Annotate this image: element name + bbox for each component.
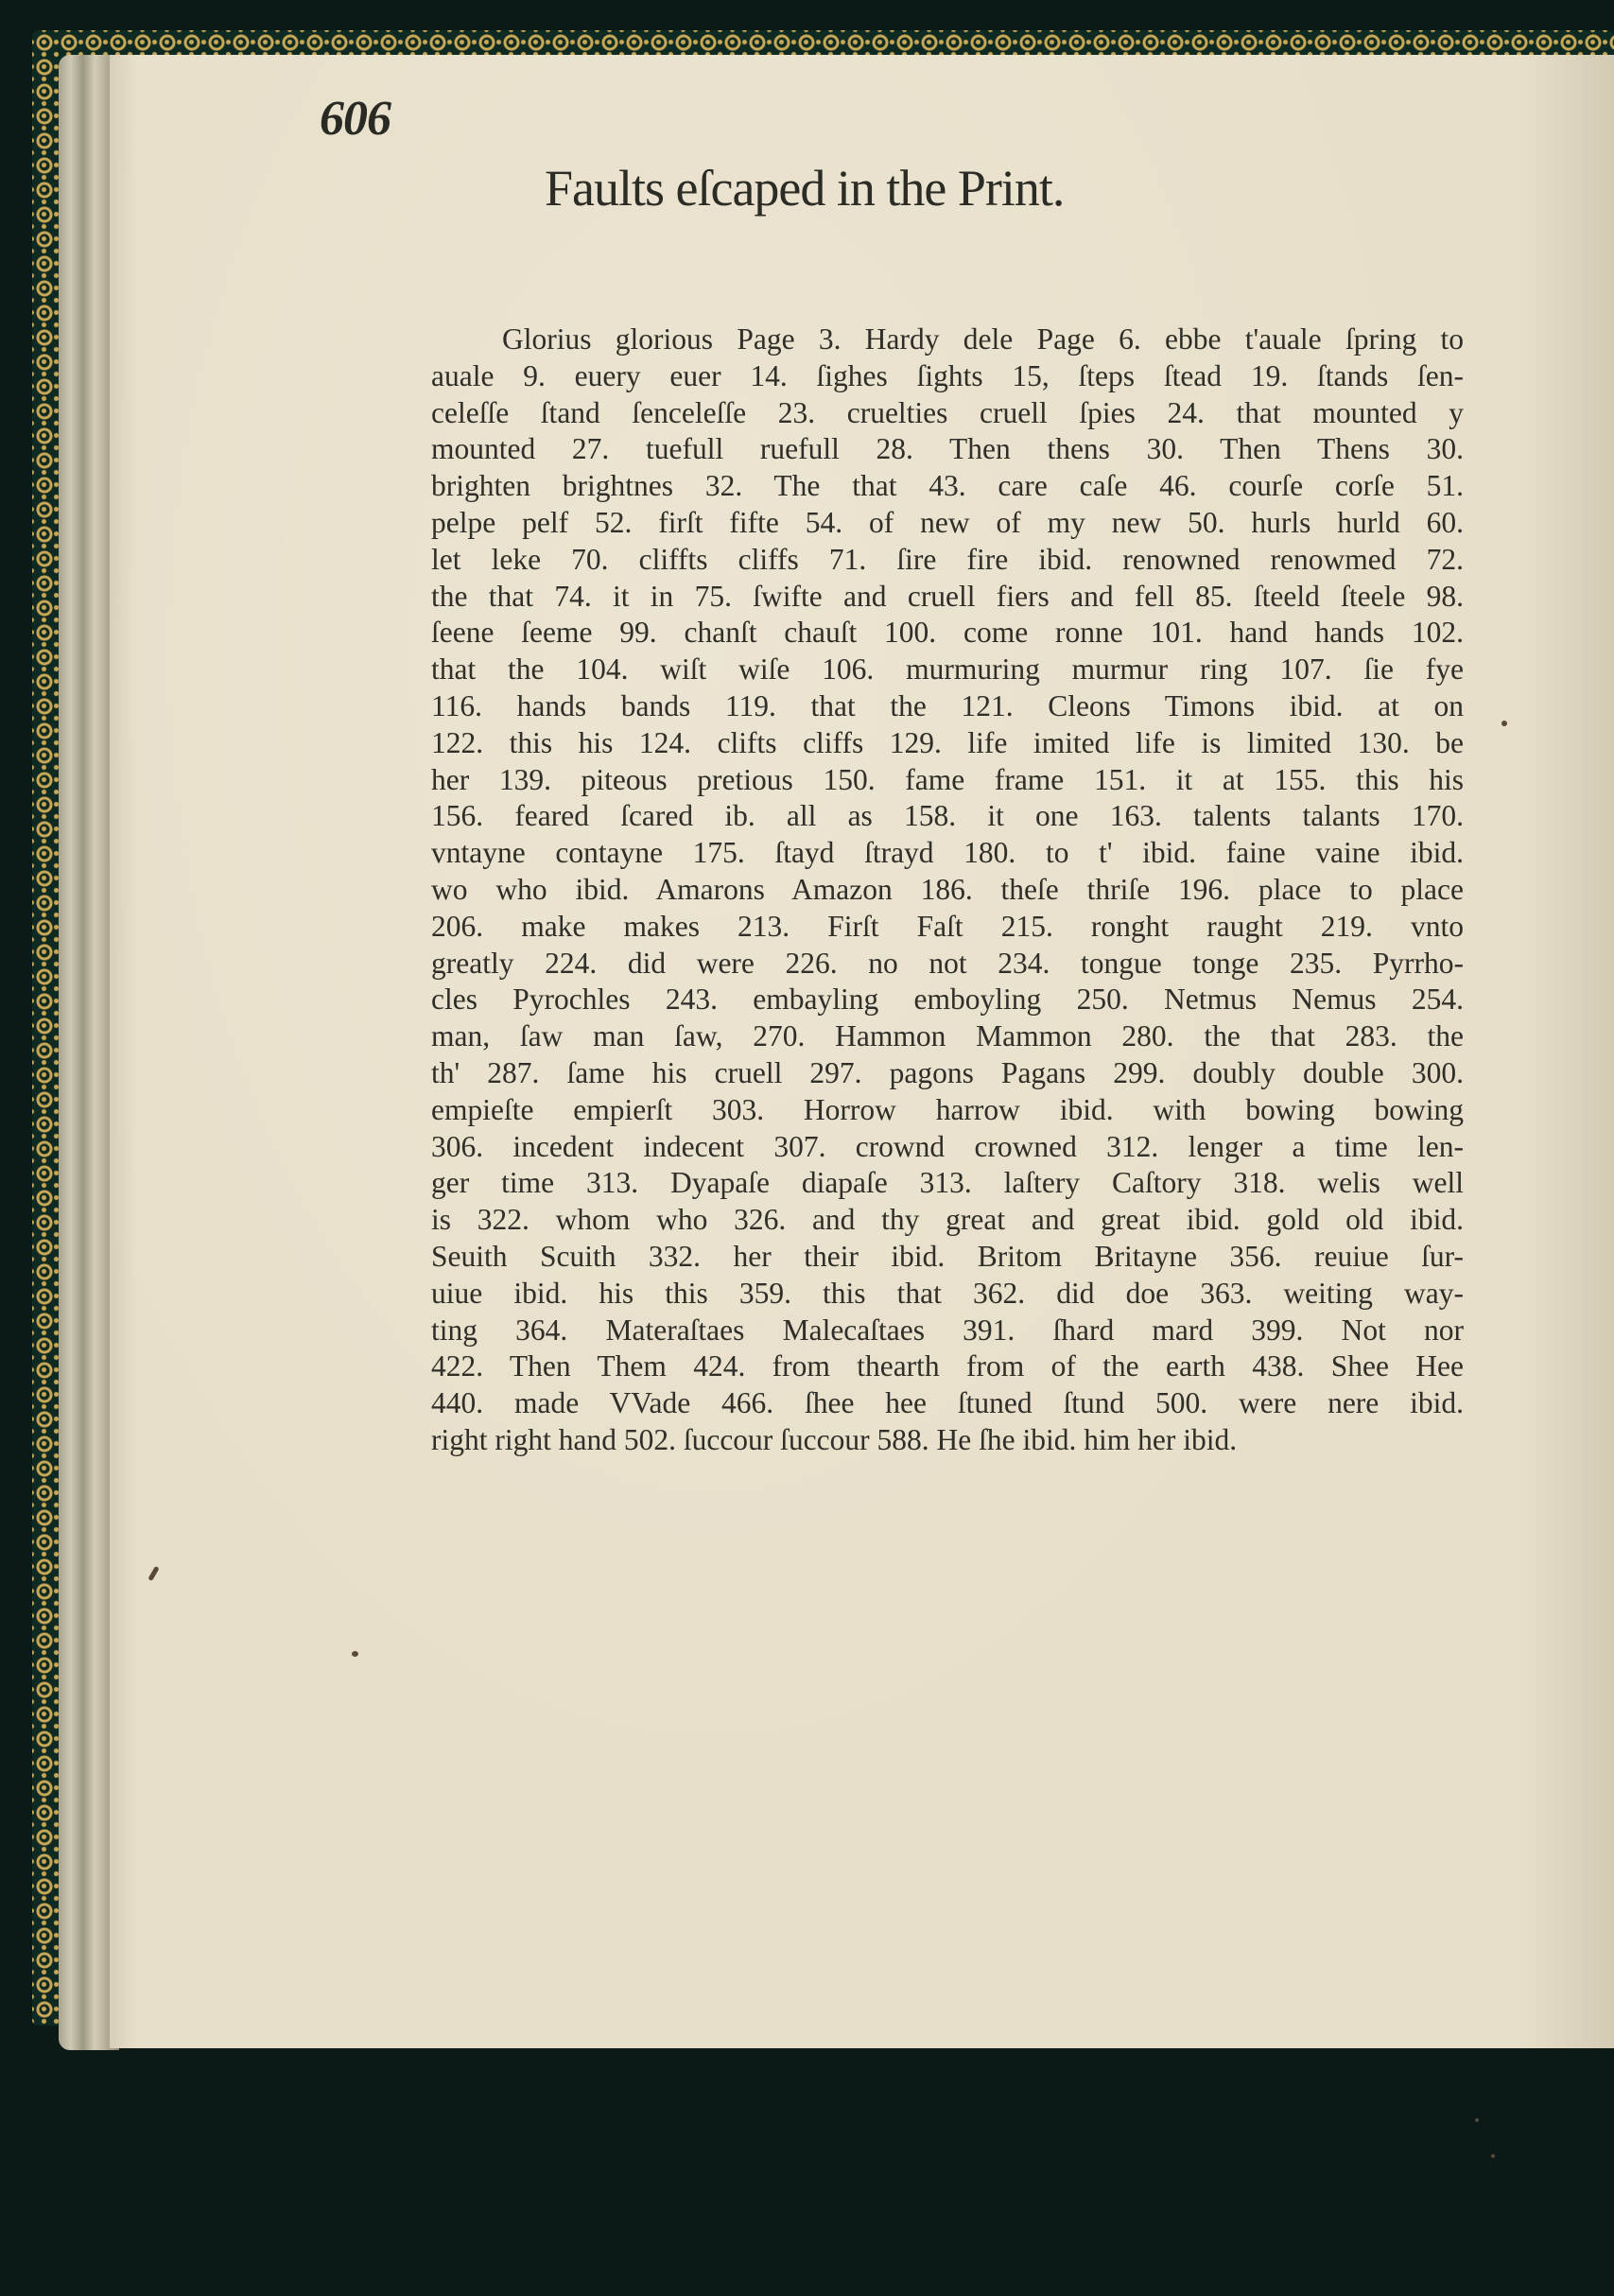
errata-line: 206. make makes 213. Firſt Faſt 215. ron… (431, 909, 1464, 946)
errata-line: uiue ibid. his this 359. this that 362. … (431, 1276, 1464, 1313)
errata-line: greatly 224. did were 226. no not 234. t… (431, 946, 1464, 983)
errata-line: brighten brightnes 32. The that 43. care… (431, 468, 1464, 505)
paper-speck (1491, 2154, 1495, 2158)
errata-line: pelpe pelf 52. firſt fifte 54. of new of… (431, 505, 1464, 542)
errata-line: celeſſe ſtand ſenceleſſe 23. cruelties c… (431, 395, 1464, 432)
errata-line: auale 9. euery euer 14. ſighes ſights 15… (431, 358, 1464, 395)
paper-speck (1501, 721, 1507, 726)
errata-line: ſeene ſeeme 99. chanſt chauſt 100. come … (431, 615, 1464, 652)
errata-line: Glorius glorious Page 3. Hardy dele Page… (431, 322, 1464, 358)
errata-line: right right hand 502. ſuccour ſuccour 58… (431, 1422, 1464, 1459)
errata-line: th' 287. ſame his cruell 297. pagons Pag… (431, 1055, 1464, 1092)
errata-line: 116. hands bands 119. that the 121. Cleo… (431, 688, 1464, 725)
errata-text: Glorius glorious Page 3. Hardy dele Page… (431, 322, 1464, 1459)
errata-line: ger time 313. Dyapaſe diapaſe 313. laſte… (431, 1165, 1464, 1202)
errata-line: her 139. piteous pretious 150. fame fram… (431, 762, 1464, 799)
errata-line: 440. made VVade 466. ſhee hee ſtuned ſtu… (431, 1385, 1464, 1422)
errata-line: 156. feared ſcared ib. all as 158. it on… (431, 798, 1464, 835)
errata-line: the that 74. it in 75. ſwifte and cruell… (431, 579, 1464, 616)
page-number: 606 (320, 91, 390, 147)
errata-line: is 322. whom who 326. and thy great and … (431, 1202, 1464, 1239)
errata-line: empieſte empierſt 303. Horrow harrow ibi… (431, 1092, 1464, 1129)
errata-line: let leke 70. cliffts cliffs 71. ſire fir… (431, 542, 1464, 579)
errata-line: Seuith Scuith 332. her their ibid. Brito… (431, 1239, 1464, 1276)
paper-speck (352, 1651, 358, 1657)
errata-line: man, ſaw man ſaw, 270. Hammon Mammon 280… (431, 1018, 1464, 1055)
errata-line: that the 104. wiſt wiſe 106. murmuring m… (431, 652, 1464, 688)
errata-line: mounted 27. tuefull ruefull 28. Then the… (431, 431, 1464, 468)
errata-line: vntayne contayne 175. ſtayd ſtrayd 180. … (431, 835, 1464, 872)
page-title: Faults eſcaped in the Print. (545, 159, 1396, 217)
errata-line: wo who ibid. Amarons Amazon 186. theſe t… (431, 872, 1464, 909)
errata-line: cles Pyrochles 243. embayling emboyling … (431, 982, 1464, 1018)
paper-speck (1475, 2118, 1479, 2122)
errata-line: ting 364. Materaſtaes Malecaſtaes 391. ſ… (431, 1313, 1464, 1349)
errata-line: 422. Then Them 424. from thearth from of… (431, 1348, 1464, 1385)
errata-line: 122. this his 124. clifts cliffs 129. li… (431, 725, 1464, 762)
errata-line: 306. incedent indecent 307. crownd crown… (431, 1129, 1464, 1166)
